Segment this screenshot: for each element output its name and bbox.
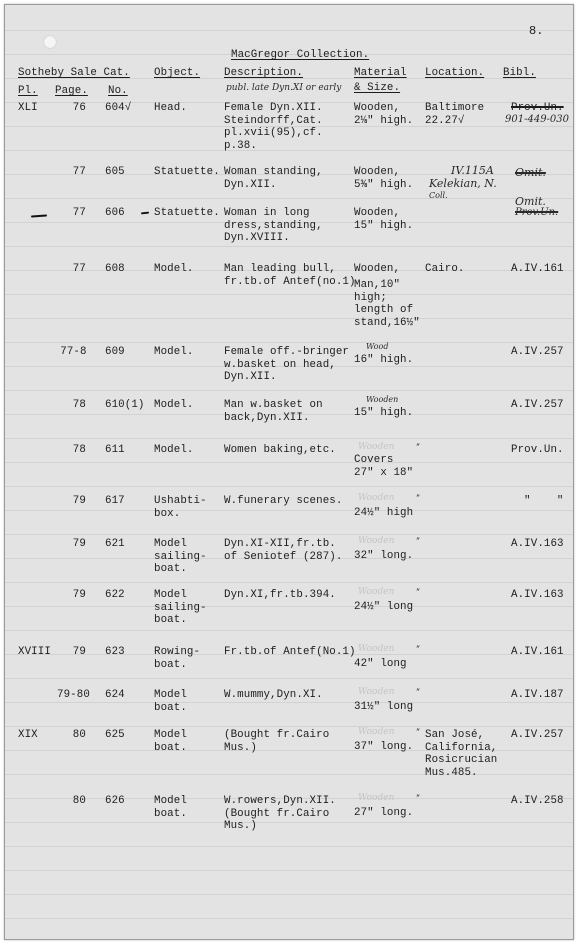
cell-material: 42" long [354, 658, 407, 671]
cell-description: dress,standing, [224, 220, 323, 233]
ditto-mark: ” [416, 727, 420, 740]
cell-material: stand,16½" [354, 317, 420, 330]
ditto-mark: ” [416, 644, 420, 657]
cell-location: San José, [425, 729, 484, 742]
cell-material: 27" x 18" [354, 467, 413, 480]
erased-text: Wooden [358, 442, 394, 452]
header-pl: Pl. [18, 85, 38, 98]
ditto-mark: ” [416, 687, 420, 700]
cell-object: boat. [154, 702, 187, 715]
cell-plate: XIX [18, 729, 38, 742]
cell-location: Rosicrucian [425, 754, 497, 767]
cell-material: 15" high. [354, 407, 413, 420]
header-sotheby: Sotheby Sale Cat. [18, 67, 130, 80]
cell-material: Covers [354, 454, 393, 467]
cell-material: 27" long. [354, 807, 413, 820]
cell-material: high; [354, 292, 387, 305]
cell-catalog-no: 624 [105, 689, 125, 702]
cell-description: (Bought fr.Cairo [224, 808, 329, 821]
cell-location: Baltimore [425, 102, 484, 115]
material-handwritten-note: Wood [366, 342, 388, 351]
cell-object: Statuette. [154, 207, 220, 220]
cell-object: Statuette. [154, 166, 220, 179]
description-handwritten-note: publ. late Dyn.XI or early [226, 83, 341, 93]
document-page: 8. MacGregor Collection. Sotheby Sale Ca… [4, 4, 574, 940]
header-location: Location. [425, 67, 484, 80]
cell-catalog-no: 609 [105, 346, 125, 359]
erased-text: Wooden [358, 793, 394, 803]
header-object: Object. [154, 67, 200, 80]
header-no: No. [108, 85, 128, 98]
cell-bibliography: A.IV.187 [511, 689, 564, 702]
material-handwritten-note: Wooden [366, 395, 398, 404]
cell-description: back,Dyn.XII. [224, 412, 310, 425]
erased-text: Wooden [358, 493, 394, 503]
cell-material: 2⅛" high. [354, 115, 413, 128]
cell-description: Dyn.XII. [224, 179, 277, 192]
cell-material: 31½" long [354, 701, 413, 714]
header-bibl: Bibl. [503, 67, 536, 80]
cell-description: Mus.) [224, 742, 257, 755]
cell-object: Model [154, 729, 187, 742]
cell-catalog-no: 625 [105, 729, 125, 742]
cell-page: 79 [73, 646, 86, 659]
cell-location: California, [425, 742, 497, 755]
cell-description: Dyn.XI-XII,fr.tb. [224, 538, 336, 551]
ditto-mark: ” [416, 493, 420, 506]
cell-material: 15" high. [354, 220, 413, 233]
bibl-handwritten-omit-struck: Omit. [515, 166, 546, 179]
cell-object: Rowing- [154, 646, 200, 659]
cell-object: Model. [154, 346, 193, 359]
bibl-struck-prov-un: Prov.Un. [515, 207, 558, 218]
cell-bibliography: Prov.Un. [511, 102, 564, 115]
bibl-handwritten-note: 901-449-030 [505, 114, 569, 125]
cell-description: W.rowers,Dyn.XII. [224, 795, 336, 808]
cell-plate: XVIII [18, 646, 51, 659]
cell-description: Mus.) [224, 820, 257, 833]
cell-catalog-no: 622 [105, 589, 125, 602]
cell-description: Steindorff,Cat. [224, 115, 323, 128]
cell-catalog-no: 606 [105, 207, 125, 220]
cell-object: Model [154, 589, 187, 602]
header-material: Material [354, 67, 407, 80]
cell-description: Man leading bull, [224, 263, 336, 276]
cell-material: Wooden, [354, 166, 400, 179]
cell-description: W.mummy,Dyn.XI. [224, 689, 323, 702]
cell-page: 79-80 [57, 689, 90, 702]
pen-dash-mark [141, 212, 149, 215]
cell-catalog-no: 604√ [105, 102, 131, 115]
cell-catalog-no: 617 [105, 495, 125, 508]
cell-page: 79 [73, 538, 86, 551]
cell-page: 79 [73, 589, 86, 602]
cell-object: Model. [154, 263, 193, 276]
cell-description: Fr.tb.of Antef(No.1) [224, 646, 356, 659]
location-handwritten-note: IV.115A [451, 164, 494, 177]
cell-bibliography: A.IV.257 [511, 346, 564, 359]
cell-catalog-no: 611 [105, 444, 125, 457]
cell-description: Dyn.XII. [224, 371, 277, 384]
embossed-seal [43, 35, 57, 49]
cell-object: boat. [154, 563, 187, 576]
cell-location: Cairo. [425, 263, 464, 276]
cell-catalog-no: 621 [105, 538, 125, 551]
header-size: & Size. [354, 82, 400, 95]
cell-catalog-no: 610(1) [105, 399, 144, 412]
cell-page: 80 [73, 795, 86, 808]
cell-material: 16" high. [354, 354, 413, 367]
cell-material: 5⅜" high. [354, 179, 413, 192]
cell-object: Model. [154, 399, 193, 412]
cell-page: 77 [73, 263, 86, 276]
cell-object: boat. [154, 742, 187, 755]
cell-description: of Seniotef (287). [224, 551, 342, 564]
cell-bibliography: A.IV.161 [511, 263, 564, 276]
cell-page: 77 [73, 207, 86, 220]
cell-object: sailing- [154, 551, 207, 564]
cell-object: Model. [154, 444, 193, 457]
cell-description: fr.tb.of Antef(no.1) [224, 276, 356, 289]
cell-description: W.funerary scenes. [224, 495, 342, 508]
cell-material: Wooden, [354, 207, 400, 220]
page-title: MacGregor Collection. [231, 49, 369, 62]
cell-description: pl.xvii(95),cf. [224, 127, 323, 140]
cell-bibliography: A.IV.161 [511, 646, 564, 659]
erased-text: Wooden [358, 587, 394, 597]
cell-object: Ushabti- [154, 495, 207, 508]
page-number: 8. [529, 25, 544, 38]
cell-bibliography: A.IV.257 [511, 399, 564, 412]
cell-description: Dyn.XVIII. [224, 232, 290, 245]
cell-description: Female off.-bringer [224, 346, 349, 359]
cell-bibliography: Prov.Un. [511, 444, 564, 457]
erased-text: Wooden [358, 727, 394, 737]
cell-page: 77-8 [60, 346, 86, 359]
cell-object: boat. [154, 808, 187, 821]
erased-text: Wooden [358, 687, 394, 697]
cell-object: Model [154, 689, 187, 702]
cell-description: p.38. [224, 140, 257, 153]
cell-material: length of [354, 304, 413, 317]
cell-description: Female Dyn.XII. [224, 102, 323, 115]
cell-bibliography: A.IV.163 [511, 538, 564, 551]
location-handwritten-note: Coll. [429, 191, 448, 200]
cell-description: Woman standing, [224, 166, 323, 179]
header-description: Description. [224, 67, 303, 80]
ditto-mark: ” [416, 793, 420, 806]
cell-page: 78 [73, 399, 86, 412]
cell-page: 76 [73, 102, 86, 115]
cell-catalog-no: 623 [105, 646, 125, 659]
cell-bibliography: A.IV.163 [511, 589, 564, 602]
cell-catalog-no: 608 [105, 263, 125, 276]
pen-dash-mark [31, 214, 47, 217]
ditto-mark: ” [416, 442, 420, 455]
cell-page: 78 [73, 444, 86, 457]
cell-object: box. [154, 508, 180, 521]
cell-bibliography: A.IV.257 [511, 729, 564, 742]
cell-page: 79 [73, 495, 86, 508]
header-page: Page. [55, 85, 88, 98]
cell-material: 24½" high [354, 507, 413, 520]
cell-description: Woman in long [224, 207, 310, 220]
cell-object: Head. [154, 102, 187, 115]
cell-object: boat. [154, 659, 187, 672]
cell-object: Model [154, 795, 187, 808]
cell-catalog-no: 626 [105, 795, 125, 808]
cell-description: w.basket on head, [224, 359, 336, 372]
cell-description: Dyn.XI,fr.tb.394. [224, 589, 336, 602]
cell-object: boat. [154, 614, 187, 627]
cell-object: Model [154, 538, 187, 551]
cell-material: 37" long. [354, 741, 413, 754]
cell-material: Wooden, [354, 102, 400, 115]
cell-location: Mus.485. [425, 767, 478, 780]
cell-catalog-no: 605 [105, 166, 125, 179]
cell-page: 77 [73, 166, 86, 179]
cell-description: (Bought fr.Cairo [224, 729, 329, 742]
erased-text: Wooden [358, 644, 394, 654]
cell-material: 32" long. [354, 550, 413, 563]
cell-location: 22.27√ [425, 115, 464, 128]
ditto-mark: ” [416, 536, 420, 549]
ditto-mark: ” [416, 587, 420, 600]
cell-material: Man,10" [354, 279, 400, 292]
cell-object: sailing- [154, 602, 207, 615]
cell-plate: XLI [18, 102, 38, 115]
cell-description: Women baking,etc. [224, 444, 336, 457]
location-handwritten-note: Kelekian, N. [429, 177, 497, 190]
cell-bibliography: " " [524, 495, 563, 508]
cell-page: 80 [73, 729, 86, 742]
cell-material: Wooden, [354, 263, 400, 276]
erased-text: Wooden [358, 536, 394, 546]
cell-bibliography: A.IV.258 [511, 795, 564, 808]
cell-material: 24½" long [354, 601, 413, 614]
cell-description: Man w.basket on [224, 399, 323, 412]
